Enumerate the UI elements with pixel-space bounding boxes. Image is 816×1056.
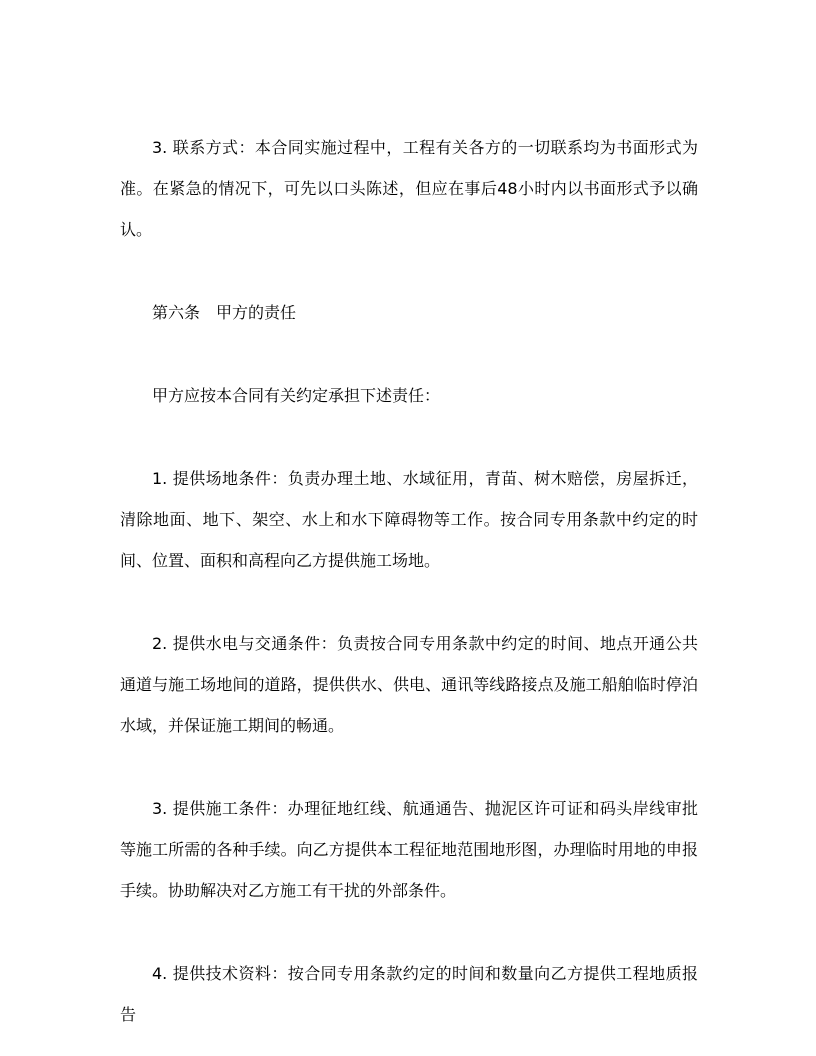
paragraph: 3. 提供施工条件：办理征地红线、航通通告、抛泥区许可证和码头岸线审批等施工所需… [120,788,698,911]
paragraph: 甲方应按本合同有关约定承担下述责任： [120,375,698,416]
section-heading: 第六条 甲方的责任 [120,292,698,333]
paragraph: 1. 提供场地条件：负责办理土地、水域征用，青苗、树木赔偿，房屋拆迁，清除地面、… [120,458,698,581]
paragraph: 4. 提供技术资料：按合同专用条款约定的时间和数量向乙方提供工程地质报告 [120,953,698,1035]
document-page: 3. 联系方式：本合同实施过程中，工程有关各方的一切联系均为书面形式为准。在紧急… [0,0,816,1056]
paragraph: 3. 联系方式：本合同实施过程中，工程有关各方的一切联系均为书面形式为准。在紧急… [120,127,698,250]
paragraph: 2. 提供水电与交通条件：负责按合同专用条款中约定的时间、地点开通公共通道与施工… [120,623,698,746]
document-body: 3. 联系方式：本合同实施过程中，工程有关各方的一切联系均为书面形式为准。在紧急… [120,127,698,1035]
